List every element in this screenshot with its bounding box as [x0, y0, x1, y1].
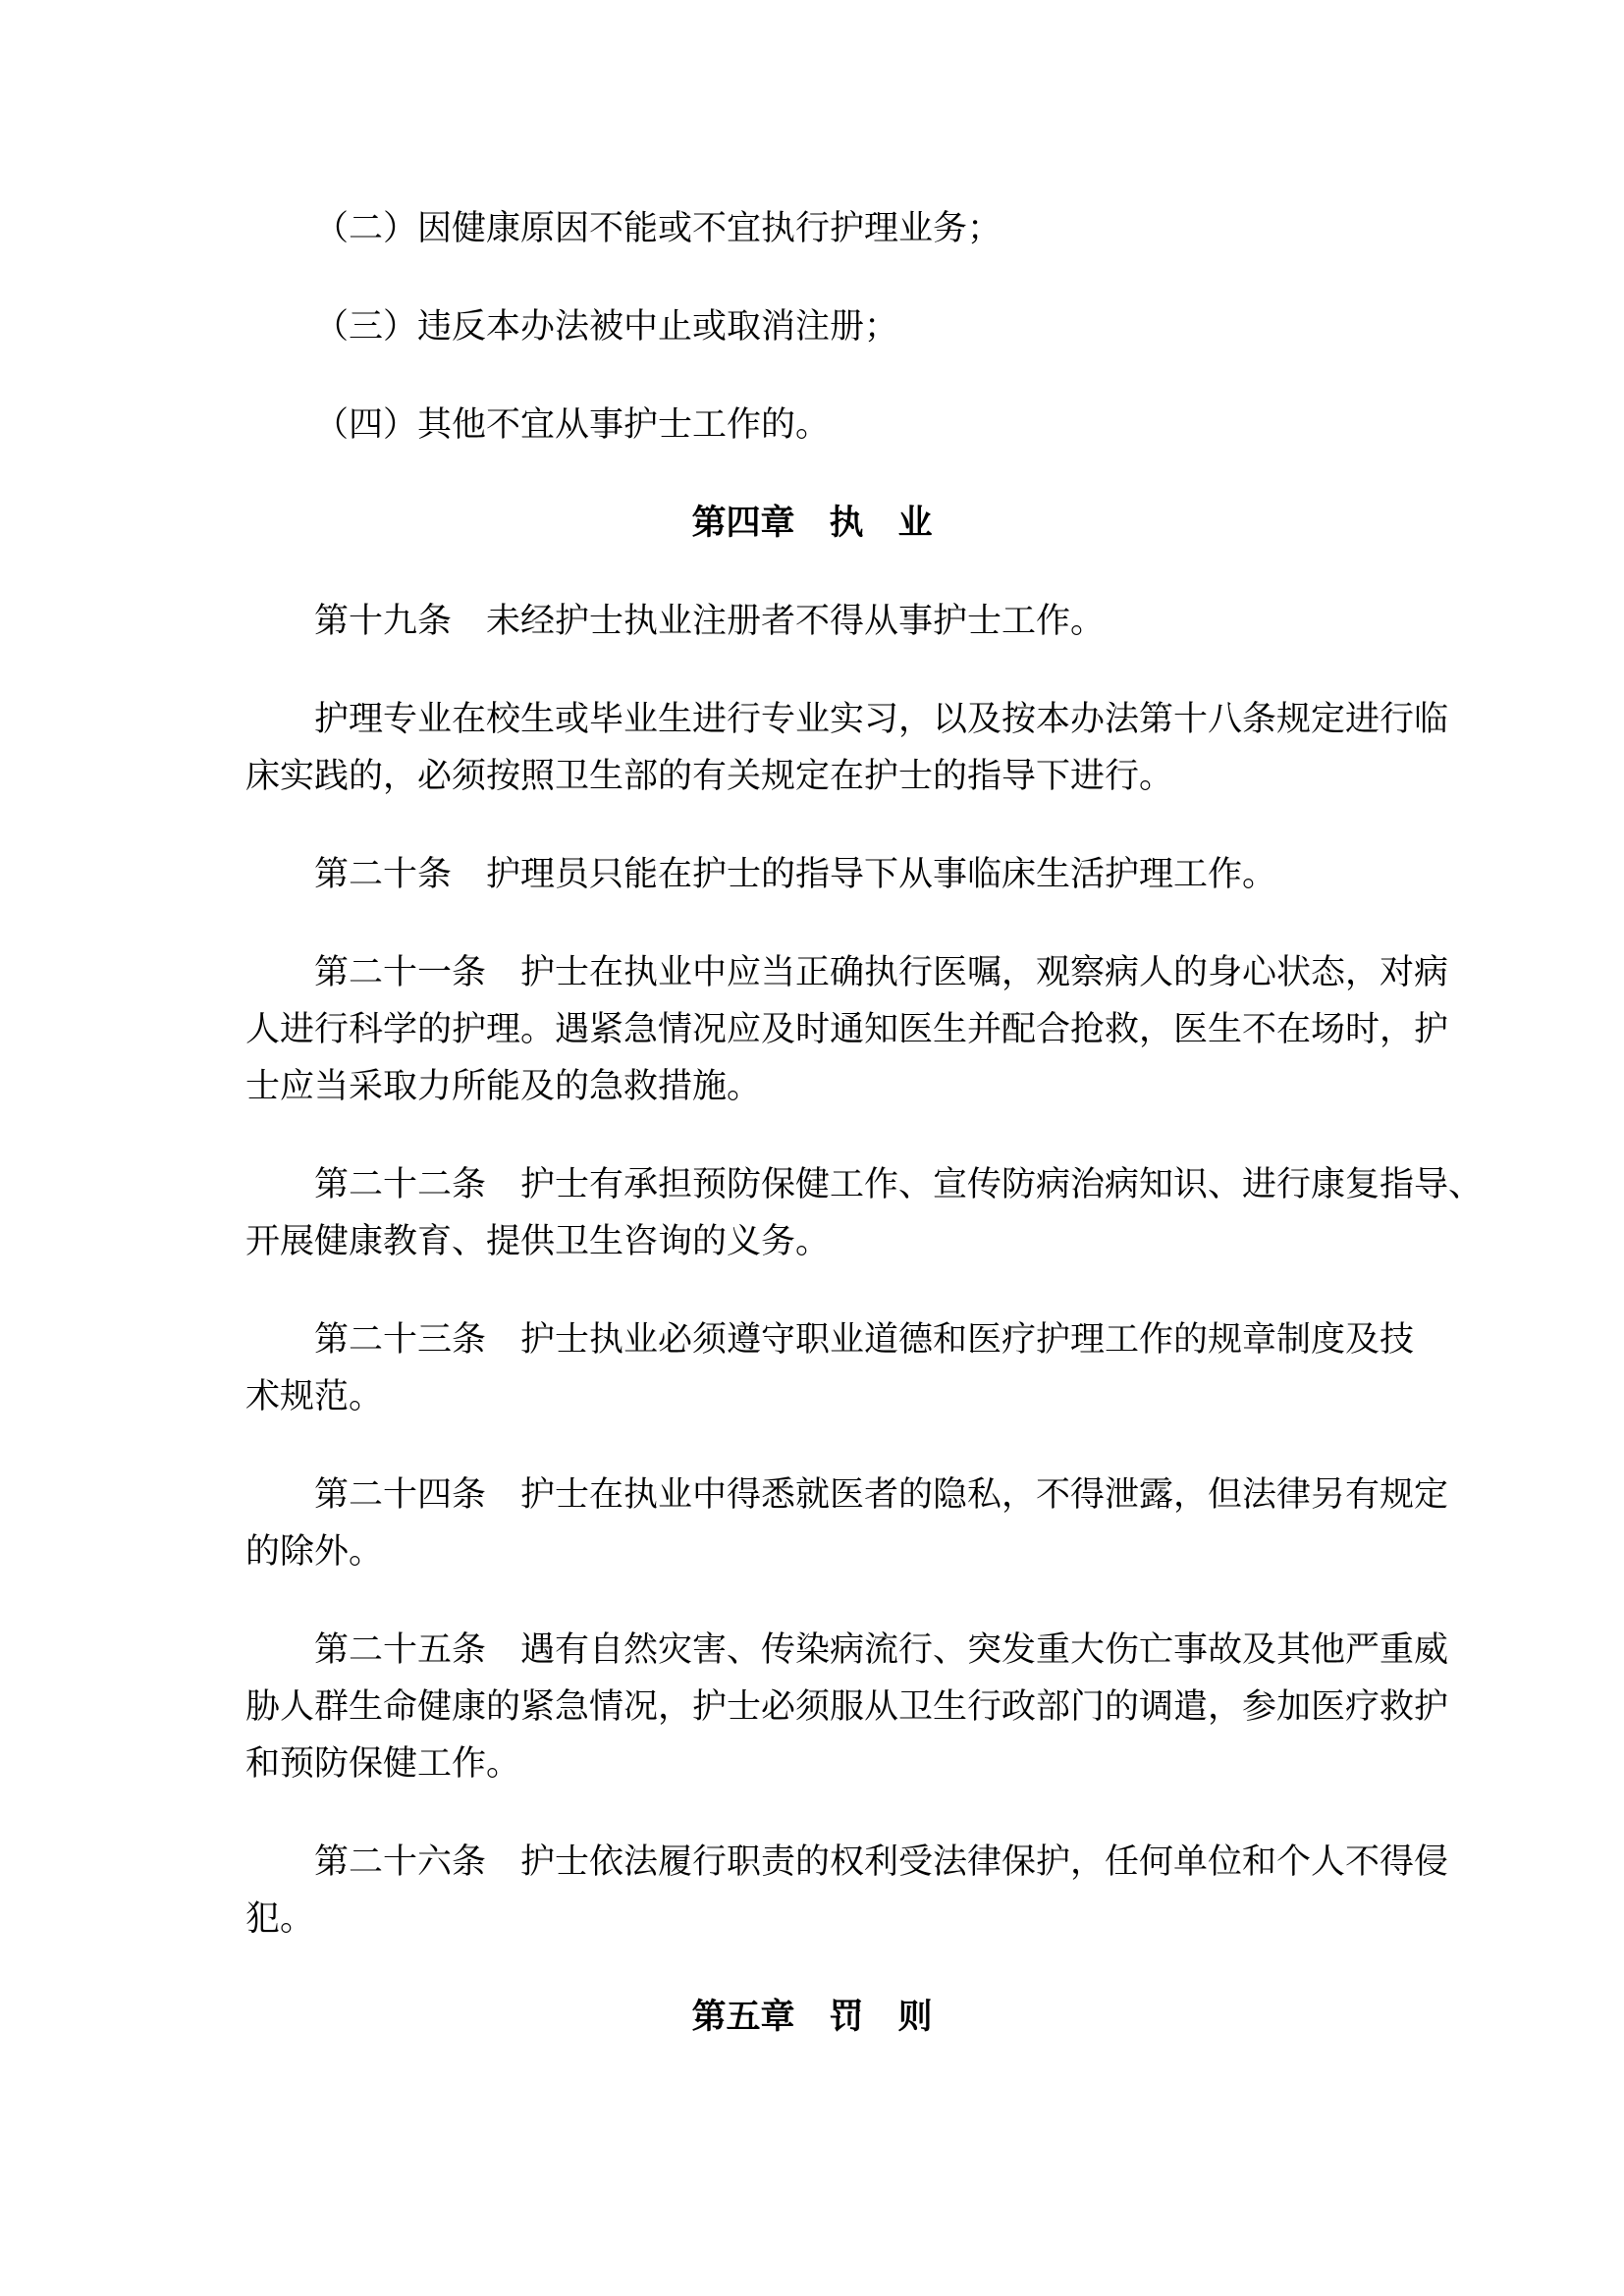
article-paragraph: 第二十一条 护士在执业中应当正确执行医嘱，观察病人的身心状态，对病 人进行科学的…: [0, 944, 1624, 1115]
list-item: （二）因健康原因不能或不宜执行护理业务；: [0, 200, 1624, 257]
text-line: （四）其他不宜从事护士工作的。: [245, 397, 1487, 454]
text-line: 胁人群生命健康的紧急情况，护士必须服从卫生行政部门的调遣，参加医疗救护: [245, 1679, 1487, 1735]
text-line: 第二十三条 护士执业必须遵守职业道德和医疗护理工作的规章制度及技: [245, 1311, 1487, 1368]
article-paragraph: 第二十条 护理员只能在护士的指导下从事临床生活护理工作。: [0, 846, 1624, 903]
chapter-heading-text: 第五章 罚 则: [0, 1989, 1624, 2046]
text-line: 开展健康教育、提供卫生咨询的义务。: [245, 1213, 1487, 1270]
chapter-heading-text: 第四章 执 业: [0, 495, 1624, 552]
article-paragraph: 第十九条 未经护士执业注册者不得从事护士工作。: [0, 593, 1624, 650]
text-line: 第二十条 护理员只能在护士的指导下从事临床生活护理工作。: [245, 846, 1487, 903]
text-line: 术规范。: [245, 1368, 1487, 1425]
document-content: （二）因健康原因不能或不宜执行护理业务； （三）违反本办法被中止或取消注册； （…: [0, 0, 1624, 2046]
text-line: 第二十五条 遇有自然灾害、传染病流行、突发重大伤亡事故及其他严重威: [245, 1622, 1487, 1679]
text-line: 第二十一条 护士在执业中应当正确执行医嘱，观察病人的身心状态，对病: [245, 944, 1487, 1001]
text-line: 护理专业在校生或毕业生进行专业实习，以及按本办法第十八条规定进行临: [245, 691, 1487, 748]
text-line: 第二十四条 护士在执业中得悉就医者的隐私，不得泄露，但法律另有规定: [245, 1467, 1487, 1523]
text-line: 第二十二条 护士有承担预防保健工作、宣传防病治病知识、进行康复指导、: [245, 1156, 1487, 1213]
article-paragraph: 第二十六条 护士依法履行职责的权利受法律保护，任何单位和个人不得侵 犯。: [0, 1834, 1624, 1948]
chapter-heading: 第五章 罚 则: [0, 1989, 1624, 2046]
list-item: （三）违反本办法被中止或取消注册；: [0, 298, 1624, 355]
text-line: 床实践的，必须按照卫生部的有关规定在护士的指导下进行。: [245, 748, 1487, 805]
article-paragraph: 护理专业在校生或毕业生进行专业实习，以及按本办法第十八条规定进行临 床实践的，必…: [0, 691, 1624, 805]
text-line: 犯。: [245, 1891, 1487, 1948]
text-line: 人进行科学的护理。遇紧急情况应及时通知医生并配合抢救，医生不在场时，护: [245, 1001, 1487, 1058]
text-line: 士应当采取力所能及的急救措施。: [245, 1058, 1487, 1115]
text-line: 第十九条 未经护士执业注册者不得从事护士工作。: [245, 593, 1487, 650]
chapter-heading: 第四章 执 业: [0, 495, 1624, 552]
text-line: 和预防保健工作。: [245, 1735, 1487, 1792]
article-paragraph: 第二十四条 护士在执业中得悉就医者的隐私，不得泄露，但法律另有规定 的除外。: [0, 1467, 1624, 1580]
article-paragraph: 第二十五条 遇有自然灾害、传染病流行、突发重大伤亡事故及其他严重威 胁人群生命健…: [0, 1622, 1624, 1792]
article-paragraph: 第二十三条 护士执业必须遵守职业道德和医疗护理工作的规章制度及技 术规范。: [0, 1311, 1624, 1425]
text-line: 第二十六条 护士依法履行职责的权利受法律保护，任何单位和个人不得侵: [245, 1834, 1487, 1891]
article-paragraph: 第二十二条 护士有承担预防保健工作、宣传防病治病知识、进行康复指导、 开展健康教…: [0, 1156, 1624, 1270]
text-line: （二）因健康原因不能或不宜执行护理业务；: [245, 200, 1487, 257]
text-line: （三）违反本办法被中止或取消注册；: [245, 298, 1487, 355]
list-item: （四）其他不宜从事护士工作的。: [0, 397, 1624, 454]
text-line: 的除外。: [245, 1523, 1487, 1580]
document-page: （二）因健康原因不能或不宜执行护理业务； （三）违反本办法被中止或取消注册； （…: [0, 0, 1624, 2296]
